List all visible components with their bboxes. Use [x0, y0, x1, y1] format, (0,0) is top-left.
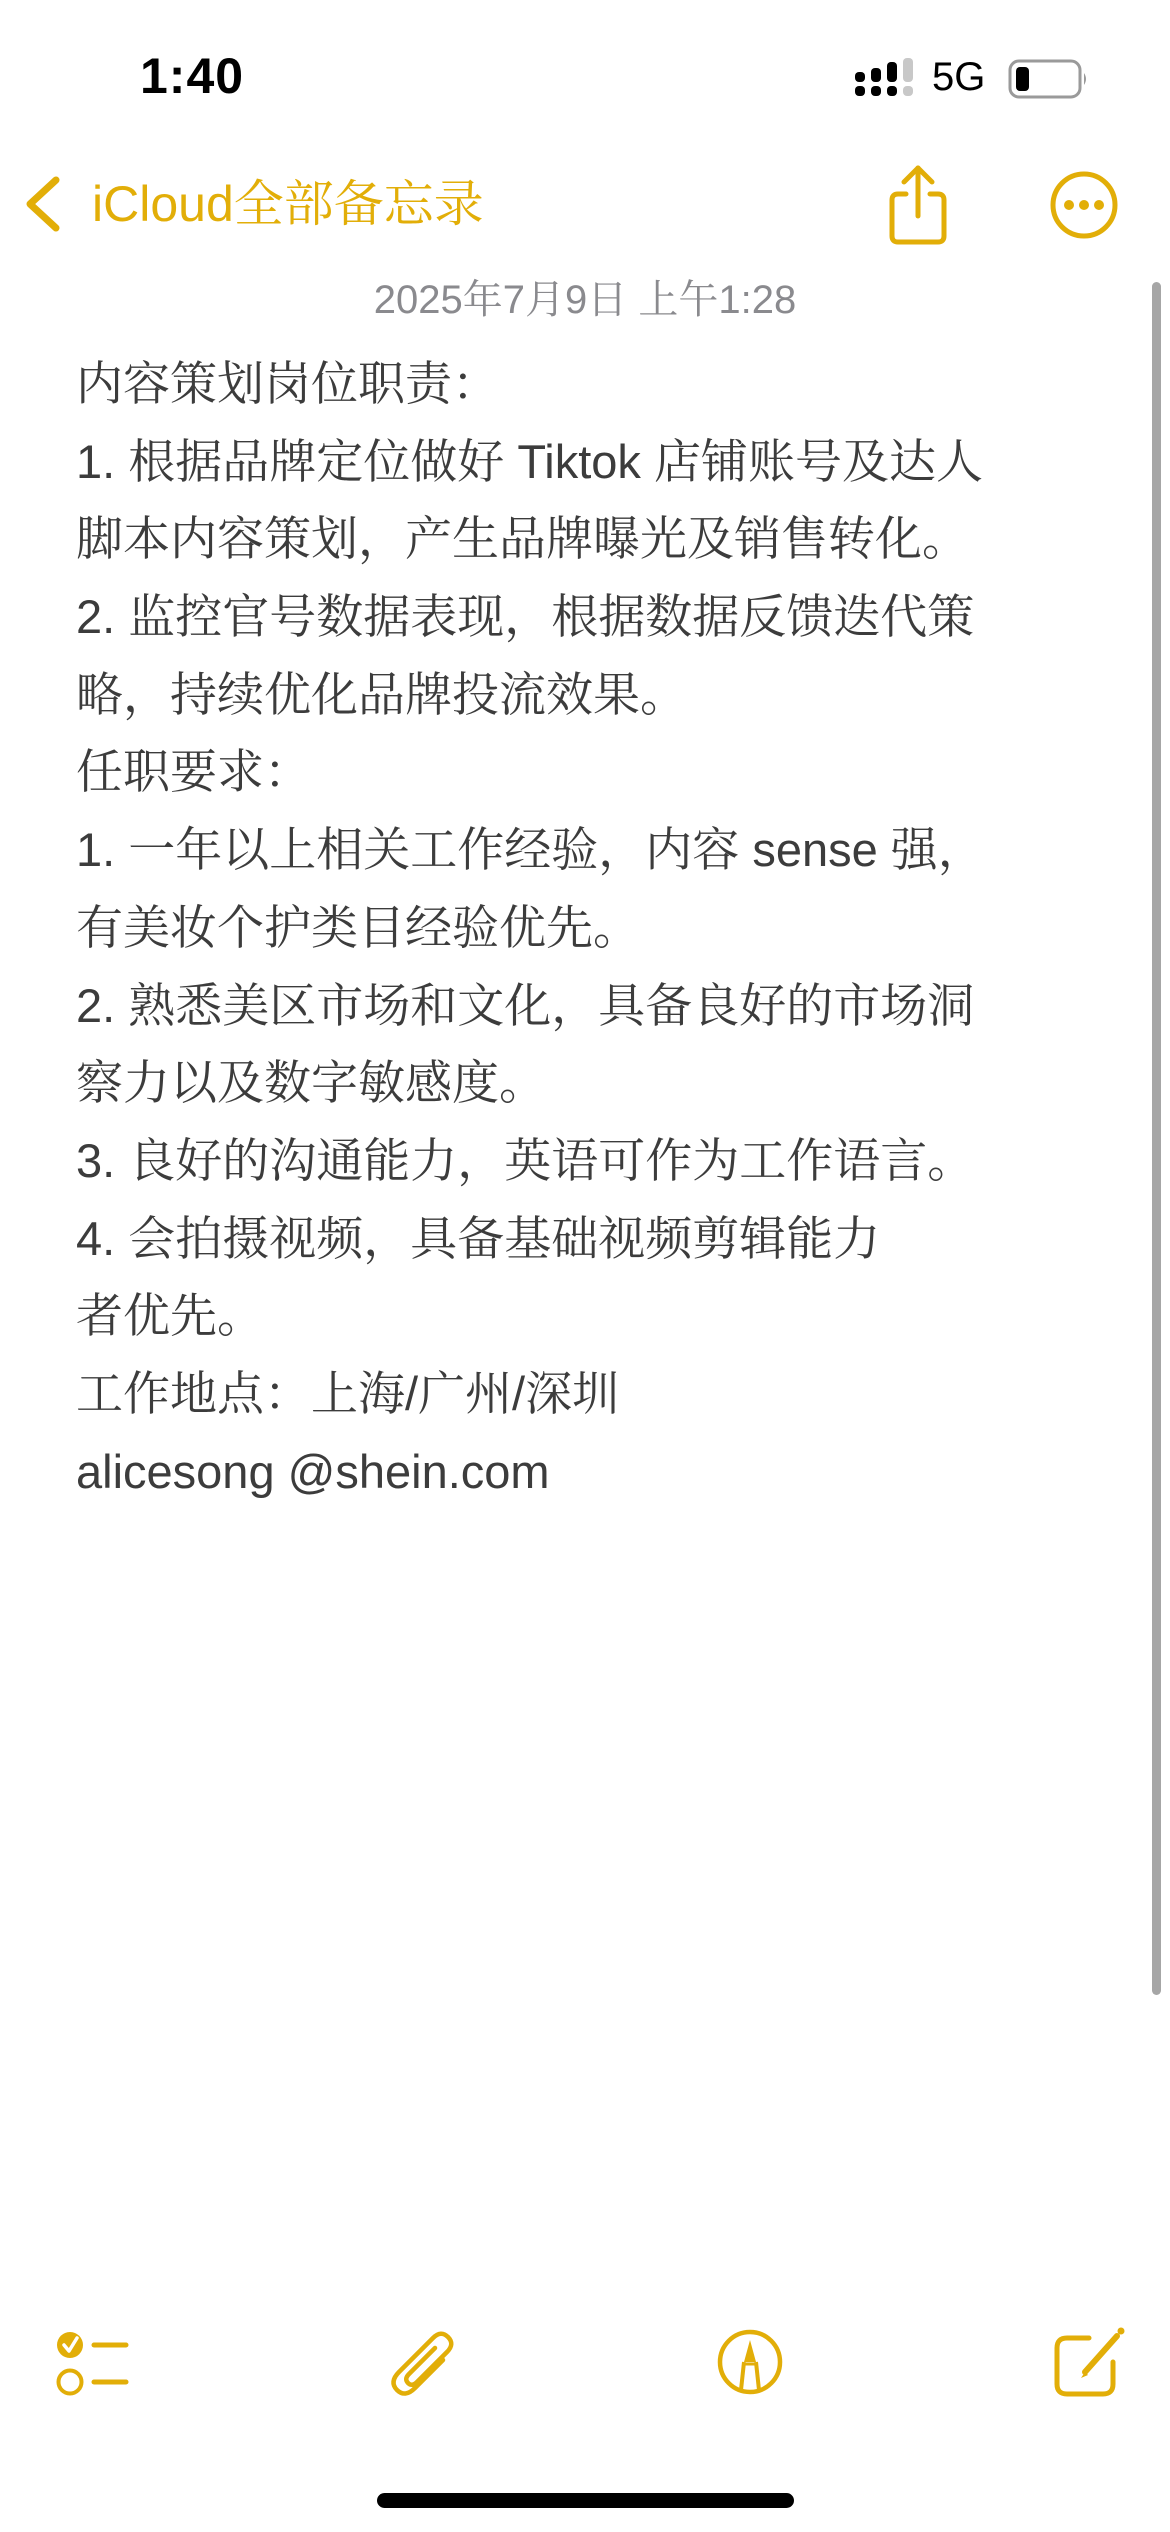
ellipsis-circle-icon[interactable]: [1046, 167, 1122, 243]
note-line: 4. 会拍摄视频，具备基础视频剪辑能力: [76, 1200, 1086, 1278]
note-line: 脚本内容策划，产生品牌曝光及销售转化。: [76, 500, 1086, 578]
checklist-icon[interactable]: [40, 2320, 140, 2400]
signal-icon: [855, 58, 915, 98]
note-line: 略，持续优化品牌投流效果。: [76, 656, 1086, 734]
back-button[interactable]: iCloud全部备忘录: [18, 168, 484, 240]
network-type: 5G: [932, 52, 985, 102]
status-time: 1:40: [140, 46, 244, 106]
note-line: 1. 根据品牌定位做好 Tiktok 店铺账号及达人: [76, 423, 1086, 501]
note-line: 有美妆个护类目经验优先。: [76, 889, 1086, 967]
note-line: 3. 良好的沟通能力，英语可作为工作语言。: [76, 1122, 1086, 1200]
chevron-left-icon: [18, 172, 68, 236]
scrollbar[interactable]: [1152, 282, 1161, 1995]
paperclip-icon[interactable]: [385, 2320, 465, 2410]
back-label: iCloud全部备忘录: [92, 172, 484, 236]
note-line: 内容策划岗位职责：: [76, 345, 1086, 423]
note-line: 2. 监控官号数据表现，根据数据反馈迭代策: [76, 578, 1086, 656]
note-body[interactable]: 内容策划岗位职责： 1. 根据品牌定位做好 Tiktok 店铺账号及达人 脚本内…: [76, 345, 1086, 1510]
note-line: 任职要求：: [76, 733, 1086, 811]
note-line: 者优先。: [76, 1277, 1086, 1355]
markup-pen-icon[interactable]: [710, 2322, 790, 2402]
note-line: 察力以及数字敏感度。: [76, 1044, 1086, 1122]
compose-icon[interactable]: [1045, 2320, 1130, 2405]
home-indicator[interactable]: [377, 2493, 794, 2508]
share-icon[interactable]: [880, 160, 956, 250]
note-line: 2. 熟悉美区市场和文化，具备良好的市场洞: [76, 967, 1086, 1045]
note-email-line[interactable]: alicesong @shein.com: [76, 1433, 1086, 1511]
note-line: 工作地点：上海/广州/深圳: [76, 1355, 1086, 1433]
note-line: 1. 一年以上相关工作经验，内容 sense 强，: [76, 811, 1086, 889]
note-date: 2025年7月9日 上午1:28: [0, 272, 1170, 328]
battery-icon: [1008, 58, 1088, 100]
